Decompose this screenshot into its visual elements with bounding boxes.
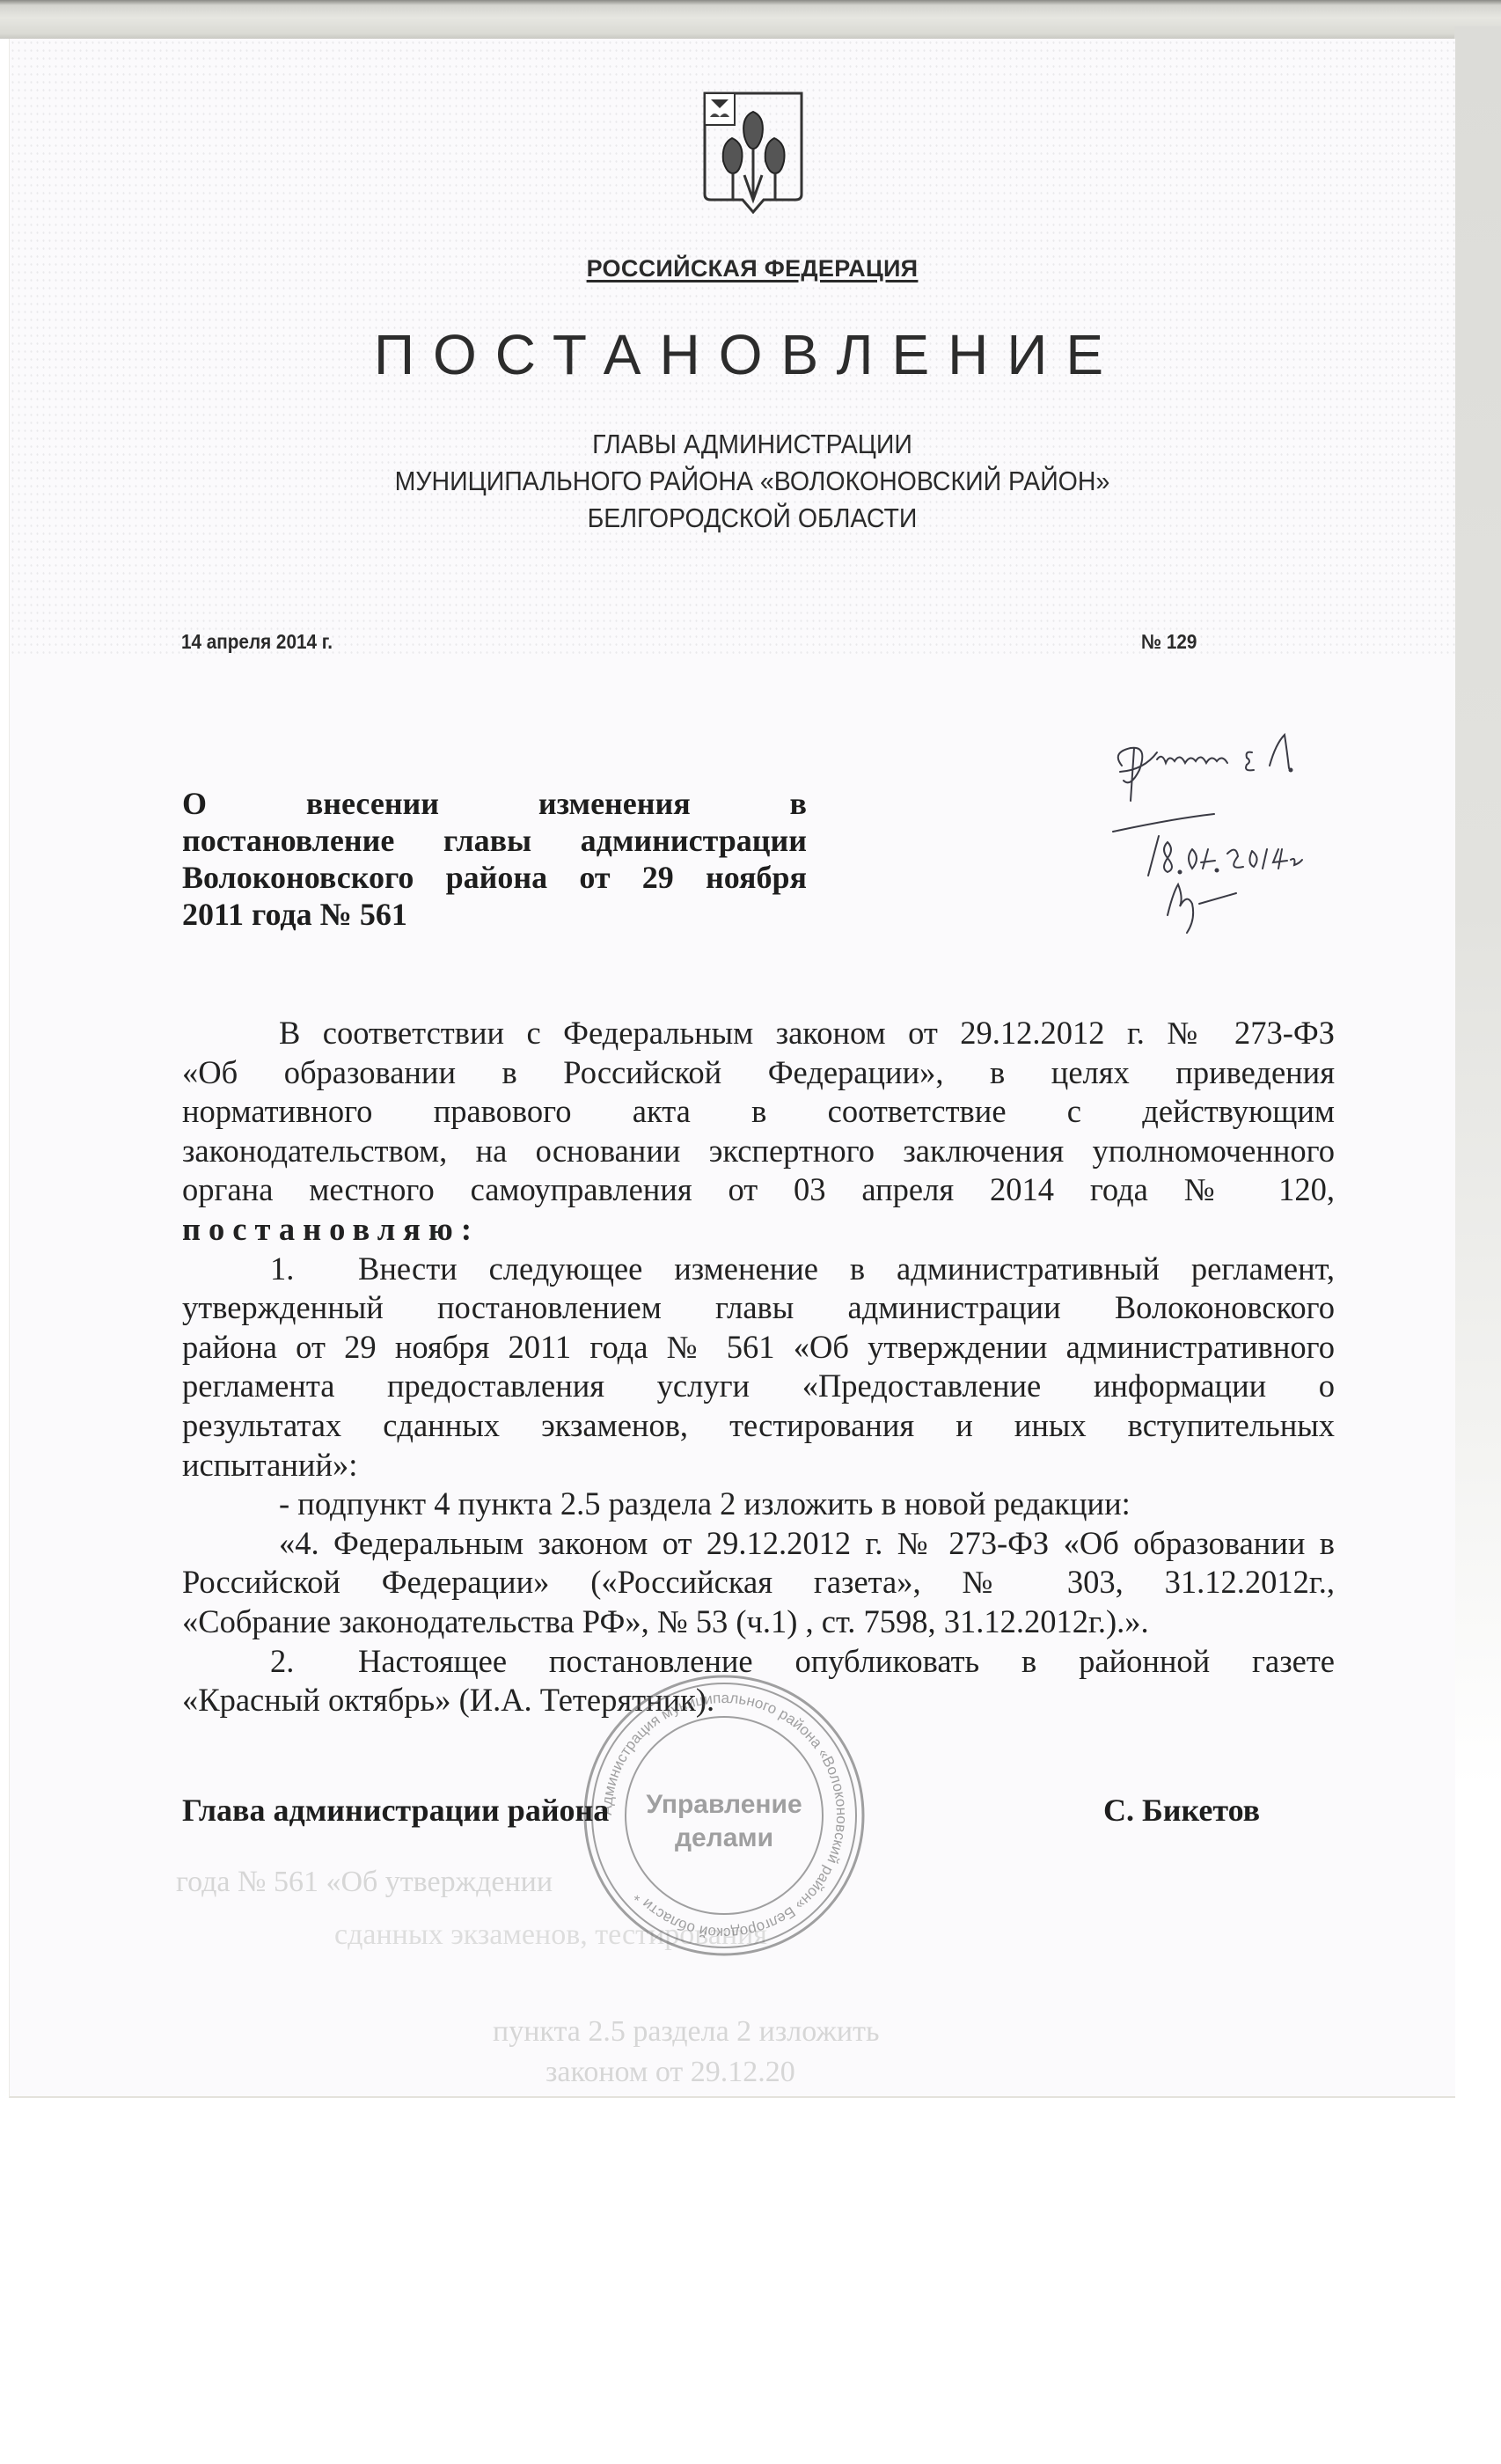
issuer-line: ГЛАВЫ АДМИНИСТРАЦИИ bbox=[254, 426, 1250, 463]
subject-line: постановление главы администрации bbox=[182, 822, 807, 859]
issuer-block: ГЛАВЫ АДМИНИСТРАЦИИ МУНИЦИПАЛЬНОГО РАЙОН… bbox=[254, 426, 1250, 537]
country-heading: РОССИЙСКАЯ ФЕДЕРАЦИЯ bbox=[528, 255, 977, 282]
issuer-line: БЕЛГОРОДСКОЙ ОБЛАСТИ bbox=[254, 500, 1250, 537]
body-line: - подпункт 4 пункта 2.5 раздела 2 изложи… bbox=[182, 1485, 1335, 1524]
svg-text:Управление: Управление bbox=[646, 1790, 802, 1819]
body-line: «4. Федеральным законом от 29.12.2012 г.… bbox=[182, 1524, 1335, 1564]
document-type-title: ПОСТАНОВЛЕНИЕ bbox=[264, 322, 1232, 387]
handwritten-annotation bbox=[1104, 717, 1351, 937]
bleed-through-text: пункта 2.5 раздела 2 изложить bbox=[493, 2015, 879, 2049]
svg-text:делами: делами bbox=[675, 1823, 773, 1852]
document-number: № 129 bbox=[1141, 630, 1197, 654]
signatory-name: С. Бикетов bbox=[1103, 1792, 1260, 1829]
coat-of-arms-icon bbox=[702, 91, 804, 214]
body-line: Российской Федерации» («Российская газет… bbox=[182, 1563, 1335, 1602]
bleed-through-text: законом от 29.12.20 bbox=[545, 2056, 795, 2089]
item-text: Внести следующее изменение в администрат… bbox=[358, 1250, 1335, 1287]
item-number: 2. bbox=[270, 1642, 358, 1682]
body-line: законодательством, на основании экспертн… bbox=[182, 1132, 1335, 1171]
scanner-sleeve-right bbox=[1454, 26, 1501, 1786]
item-number: 1. bbox=[270, 1250, 358, 1289]
body-line: В соответствии с Федеральным законом от … bbox=[182, 1014, 1335, 1053]
body-line: нормативного правового акта в соответств… bbox=[182, 1092, 1335, 1132]
body-text: В соответствии с Федеральным законом от … bbox=[182, 1014, 1335, 1720]
body-line: района от 29 ноября 2011 года № 561 «Об … bbox=[182, 1328, 1335, 1368]
body-line: «Об образовании в Российской Федерации»,… bbox=[182, 1053, 1335, 1093]
document-date: 14 апреля 2014 г. bbox=[181, 630, 333, 654]
subject-line: 2011 года № 561 bbox=[182, 896, 807, 933]
official-stamp-icon: Администрация муниципального района «Вол… bbox=[581, 1672, 868, 1959]
body-line: испытаний»: bbox=[182, 1446, 1335, 1485]
scanner-sleeve-top bbox=[0, 0, 1501, 39]
body-line: «Собрание законодательства РФ», № 53 (ч.… bbox=[182, 1602, 1335, 1642]
body-line: регламента предоставления услуги «Предос… bbox=[182, 1367, 1335, 1406]
body-line: утвержденный постановлением главы админи… bbox=[182, 1288, 1335, 1328]
subject-block: О внесении изменения в постановление гла… bbox=[182, 785, 807, 933]
signatory-position: Глава администрации района bbox=[182, 1792, 609, 1829]
body-line: органа местного самоуправления от 03 апр… bbox=[182, 1170, 1335, 1210]
bleed-through-text: года № 561 «Об утверждении bbox=[176, 1866, 553, 1899]
body-line: результатах сданных экзаменов, тестирова… bbox=[182, 1406, 1335, 1446]
subject-line: Волоконовского района от 29 ноября bbox=[182, 859, 807, 896]
body-line: 1.Внести следующее изменение в администр… bbox=[182, 1250, 1335, 1289]
subject-line: О внесении изменения в bbox=[182, 785, 807, 822]
resolution-word: постановляю: bbox=[182, 1210, 1335, 1250]
issuer-line: МУНИЦИПАЛЬНОГО РАЙОНА «ВОЛОКОНОВСКИЙ РАЙ… bbox=[254, 463, 1250, 500]
country-text: РОССИЙСКАЯ ФЕДЕРАЦИЯ bbox=[587, 255, 919, 282]
